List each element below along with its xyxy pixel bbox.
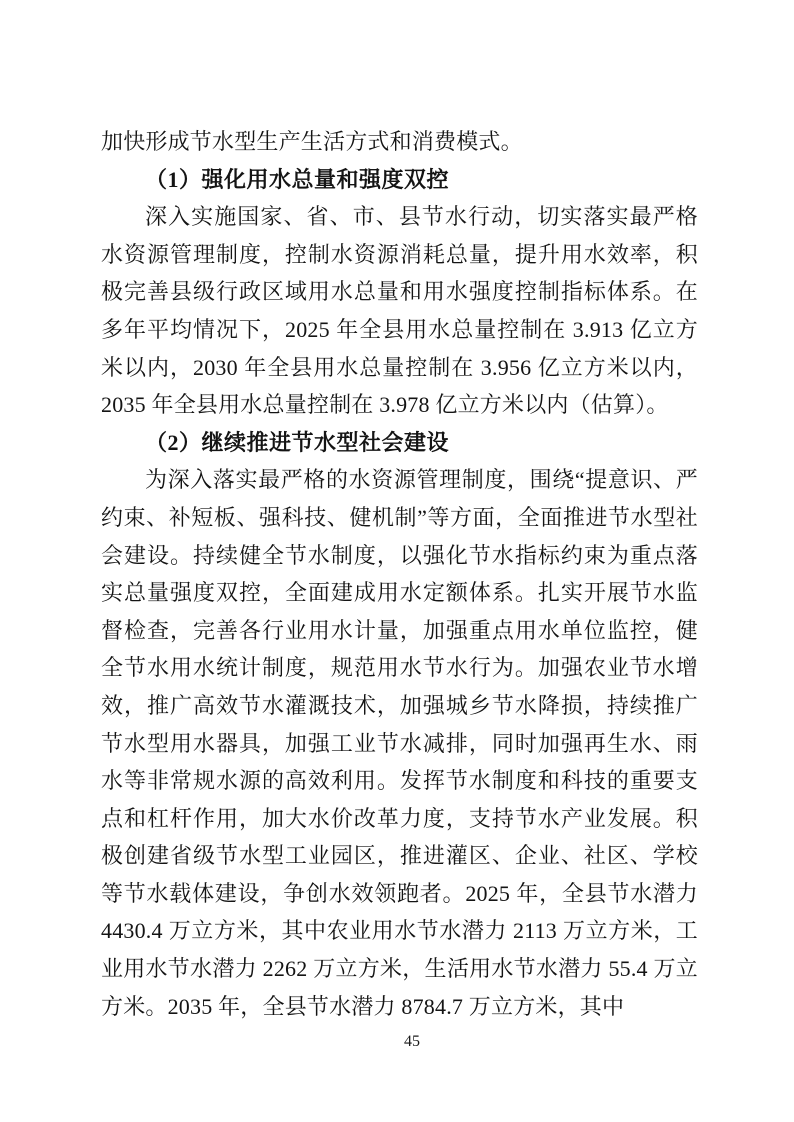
section-2-heading: （2）继续推进节水型社会建设 bbox=[101, 424, 698, 462]
section-1-heading: （1）强化用水总量和强度双控 bbox=[101, 161, 698, 199]
page-number: 45 bbox=[0, 1031, 794, 1053]
document-body: 加快形成节水型生产生活方式和消费模式。 （1）强化用水总量和强度双控 深入实施国… bbox=[101, 123, 698, 1025]
document-page: 加快形成节水型生产生活方式和消费模式。 （1）强化用水总量和强度双控 深入实施国… bbox=[0, 0, 794, 1122]
paragraph-continuation: 加快形成节水型生产生活方式和消费模式。 bbox=[101, 123, 698, 161]
section-2-paragraph: 为深入落实最严格的水资源管理制度，围绕“提意识、严约束、补短板、强科技、健机制”… bbox=[101, 461, 698, 1025]
section-1-paragraph: 深入实施国家、省、市、县节水行动，切实落实最严格水资源管理制度，控制水资源消耗总… bbox=[101, 198, 698, 424]
